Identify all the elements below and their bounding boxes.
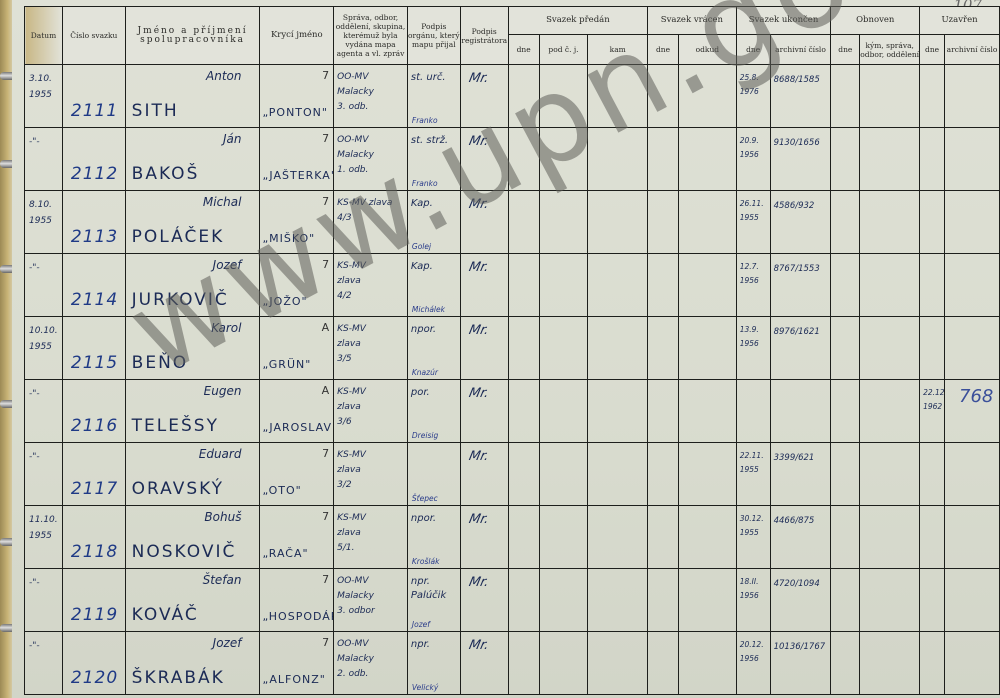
surname: POLÁČEK [132,227,225,247]
header-uzavren-archivni-cislo: archivní číslo [945,35,1000,65]
cell-jmeno: Bohuš NOSKOVIČ [125,506,260,569]
cell-podpis-registratora: Mr. [460,380,508,443]
cell-predan-kam [588,65,648,128]
cell-jmeno: Anton SITH [125,65,260,128]
cover-name: „HOSPODÁR" [262,610,333,623]
header-jmeno: Jméno a příjmení spolupracovníka [125,7,260,65]
surname: SITH [132,101,179,121]
cell-kryci-jmeno: 7 „RAČA" [260,506,334,569]
ledger-row: -"- 2119 Štefan KOVÁČ 7 „HOSPODÁR" OO-MV… [25,569,1000,632]
officer-name: Franko [412,179,438,188]
cell-ukoncen-archivni-cislo [770,380,831,443]
cell-cislo-svazku: 2113 [62,191,125,254]
cell-ukoncen-archivni-cislo: 10136/1767 [770,632,831,695]
cell-vracen-dne [648,569,679,632]
cell-podpis-registratora: Mr. [460,569,508,632]
cell-cislo-svazku: 2114 [62,254,125,317]
category-mark: A [322,384,330,397]
cover-name: „JAROSLAV" [262,421,333,434]
surname: ORAVSKÝ [132,479,224,499]
officer-name: Franko [412,116,438,125]
department: KS-MV zlava 4/2 [337,259,366,304]
cell-predan-dne [508,254,539,317]
officer-name: Jozef [412,620,430,629]
ledger-row: -"- 2114 Jozef JURKOVIČ 7 „JOŽO" KS-MV z… [25,254,1000,317]
cell-sprava: OO-MV Malacky 3. odb. [334,65,408,128]
cell-uzavren-dne [920,128,945,191]
cell-predan-kam [588,443,648,506]
cell-ukoncen-dne: 22.11. 1955 [736,443,770,506]
officer-signature: npor. [411,323,436,337]
cell-sprava: KS-MV zlava 4/2 [334,254,408,317]
cell-vracen-dne [648,191,679,254]
surname: KOVÁČ [132,605,199,625]
cover-name: „PONTON" [262,106,328,119]
cell-sprava: KS-MV zlava 5/1. [334,506,408,569]
archive-number: 4586/932 [774,201,815,211]
cell-podpis-registratora: Mr. [460,254,508,317]
cover-name: „OTO" [262,484,301,497]
header-datum: Datum [25,7,63,65]
header-podpis-registratora: Podpis registrátora [460,7,508,65]
cell-uzavren-dne [920,317,945,380]
cell-predan-dne [508,569,539,632]
cell-obnoven-dne [831,380,860,443]
cell-vracen-odkud [678,380,736,443]
cell-kryci-jmeno: A „GRÜN" [260,317,334,380]
first-name: Ján [223,132,242,146]
header-svazek-vracen: Svazek vrácen [648,7,737,35]
cell-predan-pod-cj [539,569,588,632]
cover-name: „JAŠTERKA" [262,169,333,182]
first-name: Michal [203,195,242,209]
registrar-signature: Mr. [467,638,490,654]
file-number: 2120 [71,668,118,688]
closed-date: 13.9. 1956 [740,323,770,351]
cell-uzavren-archivni-cislo [945,65,1000,128]
cell-predan-pod-cj [539,317,588,380]
category-mark: 7 [322,132,329,145]
cell-podpis-organu: Kap. Golej [407,191,460,254]
cell-kryci-jmeno: 7 „ALFONZ" [260,632,334,695]
cell-datum: -"- [25,254,63,317]
final-close-date: 22.12. 1962 [923,386,944,414]
cell-kryci-jmeno: 7 „JOŽO" [260,254,334,317]
entry-date: -"- [29,260,40,276]
cell-cislo-svazku: 2119 [62,569,125,632]
cell-predan-pod-cj [539,191,588,254]
cell-ukoncen-archivni-cislo: 8767/1553 [770,254,831,317]
cell-obnoven-kym [860,506,920,569]
cell-datum: -"- [25,569,63,632]
cell-datum: 10.10. 1955 [25,317,63,380]
surname: ŠKRABÁK [132,668,225,688]
officer-name: Krošlák [412,557,440,566]
cell-obnoven-kym [860,254,920,317]
first-name: Jozef [213,636,242,650]
cell-podpis-registratora: Mr. [460,443,508,506]
file-number: 2114 [71,290,118,310]
cell-vracen-odkud [678,632,736,695]
entry-date: -"- [29,575,40,591]
cell-jmeno: Michal POLÁČEK [125,191,260,254]
registrar-signature: Mr. [467,197,490,213]
header-cislo-svazku: Číslo svazku [62,7,125,65]
cell-jmeno: Eduard ORAVSKÝ [125,443,260,506]
cell-vracen-dne [648,632,679,695]
cell-jmeno: Karol BEŇO [125,317,260,380]
cell-obnoven-dne [831,65,860,128]
entry-date: 8.10. 1955 [29,197,62,229]
header-svazek-ukoncen: Svazek ukončen [736,7,831,35]
cell-predan-pod-cj [539,254,588,317]
category-mark: 7 [322,195,329,208]
closed-date: 20.9. 1956 [740,134,770,162]
cell-obnoven-dne [831,569,860,632]
cell-predan-kam [588,128,648,191]
cover-name: „GRÜN" [262,358,311,371]
cell-uzavren-archivni-cislo [945,191,1000,254]
cell-sprava: KS-MV zlava 3/5 [334,317,408,380]
header-ukoncen-dne: dne [736,35,770,65]
cell-obnoven-kym [860,191,920,254]
cell-obnoven-kym [860,443,920,506]
first-name: Bohuš [204,510,241,524]
cell-datum: 11.10. 1955 [25,506,63,569]
cell-obnoven-dne [831,128,860,191]
cell-uzavren-archivni-cislo [945,317,1000,380]
cell-obnoven-dne [831,632,860,695]
entry-date: 11.10. 1955 [29,512,62,544]
cell-podpis-registratora: Mr. [460,65,508,128]
officer-signature: Kap. [411,260,433,274]
cell-jmeno: Eugen TELEŠSY [125,380,260,443]
cell-datum: -"- [25,128,63,191]
department: KS-MV zlava 3/2 [337,448,366,493]
officer-name: Velický [412,683,438,692]
cell-predan-dne [508,317,539,380]
cell-podpis-registratora: Mr. [460,632,508,695]
cell-cislo-svazku: 2118 [62,506,125,569]
cell-predan-dne [508,632,539,695]
entry-date: 3.10. 1955 [29,71,62,103]
cell-sprava: OO-MV Malacky 2. odb. [334,632,408,695]
registrar-signature: Mr. [467,134,490,150]
cell-ukoncen-dne: 18.II. 1956 [736,569,770,632]
registry-ledger-table: Datum Číslo svazku Jméno a příjmení spol… [24,6,1000,695]
officer-signature: st. urč. [411,71,446,85]
category-mark: 7 [322,69,329,82]
cell-predan-kam [588,632,648,695]
header-predan-dne: dne [508,35,539,65]
cell-predan-dne [508,191,539,254]
cell-jmeno: Štefan KOVÁČ [125,569,260,632]
cell-obnoven-dne [831,191,860,254]
cell-vracen-dne [648,128,679,191]
cell-ukoncen-archivni-cislo: 4466/875 [770,506,831,569]
cell-obnoven-kym [860,380,920,443]
header-obnoven: Obnoven [831,7,920,35]
department: OO-MV Malacky 3. odbor [337,574,375,619]
cell-ukoncen-archivni-cislo: 4586/932 [770,191,831,254]
closed-date: 25.8. 1976 [740,71,770,99]
archive-number: 3399/621 [774,453,815,463]
department: OO-MV Malacky 2. odb. [337,637,374,682]
cell-podpis-organu: st. urč. Franko [407,65,460,128]
registrar-signature: Mr. [467,575,490,591]
header-uzavren: Uzavřen [920,7,1000,35]
cell-predan-dne [508,506,539,569]
cell-obnoven-kym [860,65,920,128]
header-svazek-predan: Svazek předán [508,7,647,35]
first-name: Anton [206,69,241,83]
cell-ukoncen-archivni-cislo: 9130/1656 [770,128,831,191]
cell-vracen-dne [648,380,679,443]
ledger-row: -"- 2117 Eduard ORAVSKÝ 7 „OTO" KS-MV zl… [25,443,1000,506]
officer-signature: por. [411,386,430,400]
cell-vracen-odkud [678,128,736,191]
cell-predan-pod-cj [539,65,588,128]
cover-name: „MIŠKO" [262,232,315,245]
cell-kryci-jmeno: 7 „JAŠTERKA" [260,128,334,191]
surname: NOSKOVIČ [132,542,237,562]
cell-podpis-organu: npor. Knazúr [407,317,460,380]
surname: TELEŠSY [132,416,219,436]
cell-obnoven-kym [860,569,920,632]
cell-kryci-jmeno: 7 „MIŠKO" [260,191,334,254]
archive-number: 4466/875 [774,516,815,526]
officer-signature: Kap. [411,197,433,211]
closed-date: 30.12. 1955 [740,512,770,540]
closed-date: 26.11. 1955 [740,197,770,225]
cell-vracen-dne [648,254,679,317]
cell-predan-kam [588,380,648,443]
cell-predan-dne [508,380,539,443]
cell-podpis-organu: por. Dreisig [407,380,460,443]
ledger-row: 3.10. 1955 2111 Anton SITH 7 „PONTON" OO… [25,65,1000,128]
cell-predan-pod-cj [539,380,588,443]
cell-uzavren-dne [920,191,945,254]
category-mark: 7 [322,636,329,649]
category-mark: 7 [322,573,329,586]
first-name: Karol [211,321,241,335]
ledger-row: 8.10. 1955 2113 Michal POLÁČEK 7 „MIŠKO"… [25,191,1000,254]
cell-vracen-dne [648,65,679,128]
department: KS-MV zlava 3/5 [337,322,366,367]
cell-uzavren-archivni-cislo [945,128,1000,191]
cell-predan-kam [588,569,648,632]
registrar-signature: Mr. [467,449,490,465]
cell-predan-dne [508,128,539,191]
cell-uzavren-dne [920,65,945,128]
file-number: 2116 [71,416,118,436]
cell-datum: -"- [25,380,63,443]
header-sprava: Správa, odbor, oddělení, skupina, kterém… [334,7,408,65]
file-number: 2117 [71,479,118,499]
ledger-row: 10.10. 1955 2115 Karol BEŇO A „GRÜN" KS-… [25,317,1000,380]
closed-date: 20.12. 1956 [740,638,770,666]
cover-name: „ALFONZ" [262,673,325,686]
cell-kryci-jmeno: 7 „HOSPODÁR" [260,569,334,632]
cell-predan-kam [588,317,648,380]
header-uzavren-dne: dne [920,35,945,65]
officer-name: Šťepec [412,494,438,503]
category-mark: 7 [322,258,329,271]
registrar-signature: Mr. [467,71,490,87]
officer-name: Knazúr [412,368,438,377]
registrar-signature: Mr. [467,323,490,339]
cell-uzavren-archivni-cislo: 768 [945,380,1000,443]
officer-signature: npr. Palúčik [411,575,460,603]
cell-vracen-odkud [678,65,736,128]
archive-number: 8767/1553 [774,264,820,274]
header-podpis-organu: Podpis orgánu, který mapu přijal [407,7,460,65]
file-number: 2112 [71,164,118,184]
cell-cislo-svazku: 2116 [62,380,125,443]
cell-obnoven-dne [831,506,860,569]
file-number: 2111 [71,101,118,121]
officer-signature: npor. [411,512,436,526]
category-mark: 7 [322,510,329,523]
surname: JURKOVIČ [132,290,229,310]
cell-cislo-svazku: 2120 [62,632,125,695]
cell-uzavren-archivni-cislo [945,443,1000,506]
registrar-signature: Mr. [467,260,490,276]
cell-obnoven-kym [860,128,920,191]
cell-jmeno: Jozef ŠKRABÁK [125,632,260,695]
archive-number: 8688/1585 [774,75,820,85]
cell-ukoncen-archivni-cislo: 3399/621 [770,443,831,506]
cell-cislo-svazku: 2115 [62,317,125,380]
cell-kryci-jmeno: 7 „OTO" [260,443,334,506]
cell-ukoncen-dne: 12.7. 1956 [736,254,770,317]
cell-cislo-svazku: 2111 [62,65,125,128]
cell-datum: -"- [25,443,63,506]
cell-cislo-svazku: 2112 [62,128,125,191]
first-name: Eugen [204,384,242,398]
entry-date: -"- [29,134,40,150]
cell-ukoncen-dne: 13.9. 1956 [736,317,770,380]
cell-vracen-odkud [678,317,736,380]
cell-vracen-dne [648,443,679,506]
cell-ukoncen-archivni-cislo: 4720/1094 [770,569,831,632]
cell-podpis-registratora: Mr. [460,128,508,191]
ledger-row: 11.10. 1955 2118 Bohuš NOSKOVIČ 7 „RAČA"… [25,506,1000,569]
officer-signature: st. strž. [411,134,448,148]
cell-podpis-organu: Šťepec [407,443,460,506]
department: OO-MV Malacky 1. odb. [337,133,374,178]
cell-ukoncen-archivni-cislo: 8976/1621 [770,317,831,380]
cell-uzavren-archivni-cislo [945,506,1000,569]
cover-name: „JOŽO" [262,295,307,308]
officer-signature: npr. [411,638,430,652]
file-number: 2115 [71,353,118,373]
cell-sprava: KS-MV zlava 3/6 [334,380,408,443]
cell-cislo-svazku: 2117 [62,443,125,506]
header-obnoven-kym: kým, správa, odbor, oddělení [860,35,920,65]
cell-uzavren-dne [920,254,945,317]
cell-predan-kam [588,191,648,254]
cell-podpis-organu: st. strž. Franko [407,128,460,191]
registrar-signature: Mr. [467,512,490,528]
category-mark: A [322,321,330,334]
cell-sprava: OO-MV Malacky 1. odb. [334,128,408,191]
final-archive-number: 768 [959,386,993,407]
closed-date: 18.II. 1956 [740,575,770,603]
file-number: 2119 [71,605,118,625]
entry-date: -"- [29,386,40,402]
cell-jmeno: Ján BAKOŠ [125,128,260,191]
cell-uzavren-archivni-cislo [945,569,1000,632]
cell-vracen-odkud [678,254,736,317]
cell-obnoven-kym [860,632,920,695]
cell-kryci-jmeno: 7 „PONTON" [260,65,334,128]
ledger-row: -"- 2116 Eugen TELEŠSY A „JAROSLAV" KS-M… [25,380,1000,443]
cell-predan-pod-cj [539,632,588,695]
officer-name: Dreisig [412,431,438,440]
archive-number: 9130/1656 [774,138,820,148]
department: KS-MV zlava 3/6 [337,385,366,430]
cell-sprava: OO-MV Malacky 3. odbor [334,569,408,632]
cell-uzavren-dne [920,632,945,695]
cell-datum: 8.10. 1955 [25,191,63,254]
first-name: Štefan [203,573,242,587]
department: OO-MV Malacky 3. odb. [337,70,374,115]
officer-name: Michálek [412,305,445,314]
cell-obnoven-dne [831,443,860,506]
closed-date: 12.7. 1956 [740,260,770,288]
archive-number: 8976/1621 [774,327,820,337]
ledger-row: -"- 2120 Jozef ŠKRABÁK 7 „ALFONZ" OO-MV … [25,632,1000,695]
ledger-row: -"- 2112 Ján BAKOŠ 7 „JAŠTERKA" OO-MV Ma… [25,128,1000,191]
archive-number: 4720/1094 [774,579,820,589]
cell-uzavren-dne [920,569,945,632]
cell-ukoncen-dne [736,380,770,443]
cell-sprava: KS-MV zlava 4/3 [334,191,408,254]
header-predan-pod-cj: pod č. j. [539,35,588,65]
cell-uzavren-archivni-cislo [945,632,1000,695]
cell-vracen-odkud [678,506,736,569]
cell-predan-kam [588,254,648,317]
cell-jmeno: Jozef JURKOVIČ [125,254,260,317]
file-number: 2113 [71,227,118,247]
department: KS-MV zlava 5/1. [337,511,366,556]
header-obnoven-dne: dne [831,35,860,65]
cell-podpis-registratora: Mr. [460,317,508,380]
cell-vracen-dne [648,317,679,380]
cell-vracen-odkud [678,191,736,254]
ledger-page: 107 Datum Číslo svazku Jméno a příjmení … [12,0,1000,698]
cell-vracen-dne [648,506,679,569]
header-vracen-dne: dne [648,35,679,65]
cell-uzavren-dne: 22.12. 1962 [920,380,945,443]
cell-podpis-organu: Kap. Michálek [407,254,460,317]
cell-ukoncen-dne: 30.12. 1955 [736,506,770,569]
file-number: 2118 [71,542,118,562]
first-name: Eduard [199,447,242,461]
cell-predan-pod-cj [539,443,588,506]
entry-date: -"- [29,449,40,465]
cell-uzavren-dne [920,443,945,506]
closed-date: 22.11. 1955 [740,449,770,477]
cell-datum: -"- [25,632,63,695]
cell-vracen-odkud [678,443,736,506]
cell-obnoven-dne [831,254,860,317]
cell-predan-kam [588,506,648,569]
surname: BEŇO [132,353,189,373]
cell-uzavren-archivni-cislo [945,254,1000,317]
cell-obnoven-dne [831,317,860,380]
